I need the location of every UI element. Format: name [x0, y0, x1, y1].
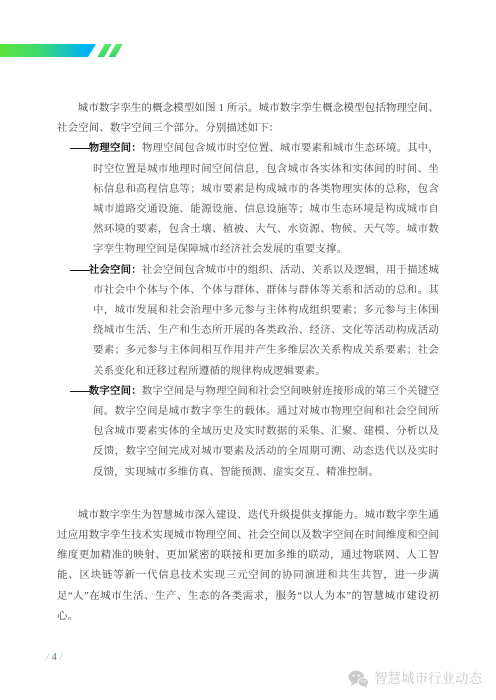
item-label: 数字空间：	[89, 386, 142, 397]
document-page: 城市数字孪生的概念模型如图 1 所示。城市数字孪生概念模型包括物理空间、社会空间…	[0, 0, 496, 700]
watermark: 智慧城市行业动态	[348, 669, 482, 689]
definition-item-digital-space: ——数字空间：数字空间是与物理空间和社会空间映射连接形成的第三个关键空间。数字空…	[70, 382, 439, 483]
page-number: /4/	[44, 651, 66, 665]
header-accent-bar	[0, 44, 96, 57]
watermark-label: 智慧城市行业动态	[374, 669, 482, 689]
item-text: 物理空间包含城市时空位置、城市要素和城市生态环境。其中，时空位置是城市地理时间空…	[93, 143, 439, 255]
definition-item-social-space: ——社会空间：社会空间包含城市中的组织、活动、关系以及逻辑，用于描述城市社会中个…	[70, 261, 439, 382]
closing-paragraph: 城市数字孪生为智慧城市深入建设、迭代升级提供支撑能力。城市数字孪生通过应用数字孪…	[57, 506, 439, 627]
page-number-value: 4	[52, 652, 58, 663]
wechat-icon	[348, 670, 369, 688]
definition-item-physical-space: ——物理空间：物理空间包含城市时空位置、城市要素和城市生态环境。其中，时空位置是…	[70, 139, 439, 260]
item-label: 物理空间：	[89, 143, 142, 154]
intro-paragraph: 城市数字孪生的概念模型如图 1 所示。城市数字孪生概念模型包括物理空间、社会空间…	[57, 99, 439, 139]
item-dash: ——	[70, 265, 89, 276]
item-text: 社会空间包含城市中的组织、活动、关系以及逻辑，用于描述城市社会中个体与个体、个体…	[93, 265, 439, 377]
header-decoration	[0, 44, 130, 57]
page-number-slash: /	[44, 652, 52, 663]
item-text: 数字空间是与物理空间和社会空间映射连接形成的第三个关键空间。数字空间是城市数字孪…	[93, 386, 439, 478]
page-number-slash: /	[58, 652, 66, 663]
item-label: 社会空间：	[89, 265, 142, 276]
item-dash: ——	[70, 386, 89, 397]
document-body: 城市数字孪生的概念模型如图 1 所示。城市数字孪生概念模型包括物理空间、社会空间…	[57, 99, 439, 627]
item-dash: ——	[70, 143, 89, 154]
